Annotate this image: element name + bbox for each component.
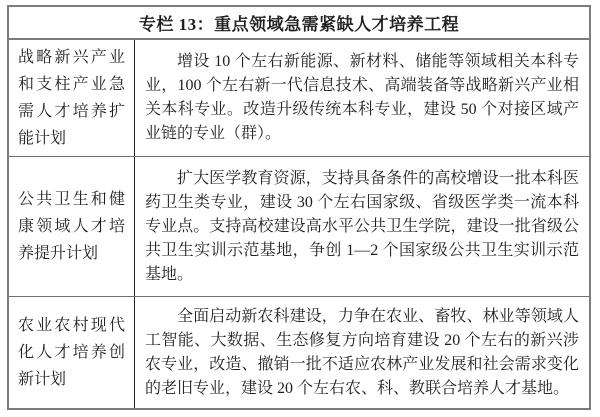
- plan-description-cell: 全面启动新农科建设，力争在农业、畜牧、林业等领域人工智能、大数据、生态修复方向培…: [135, 297, 589, 408]
- plan-description: 增设 10 个左右新能源、新材料、储能等领域相关本科专业，100 个左右新一代信…: [145, 50, 579, 146]
- plan-name: 农业农村现代化人才培养创新计划: [18, 312, 125, 393]
- plan-name-cell: 公共卫生和健康领域人才培养提升计划: [9, 157, 135, 296]
- plan-name: 战略新兴产业和支柱产业急需人才培养扩能计划: [18, 44, 125, 152]
- talent-training-table: 专栏 13：重点领域急需紧缺人才培养工程 战略新兴产业和支柱产业急需人才培养扩能…: [7, 5, 591, 410]
- table-row: 公共卫生和健康领域人才培养提升计划 扩大医学教育资源，支持具备条件的高校增设一批…: [9, 157, 589, 297]
- table-row: 战略新兴产业和支柱产业急需人才培养扩能计划 增设 10 个左右新能源、新材料、储…: [9, 40, 589, 157]
- table-row: 农业农村现代化人才培养创新计划 全面启动新农科建设，力争在农业、畜牧、林业等领域…: [9, 297, 589, 408]
- plan-name-cell: 战略新兴产业和支柱产业急需人才培养扩能计划: [9, 40, 135, 156]
- plan-description-cell: 增设 10 个左右新能源、新材料、储能等领域相关本科专业，100 个左右新一代信…: [135, 40, 589, 156]
- plan-name: 公共卫生和健康领域人才培养提升计划: [18, 186, 125, 267]
- plan-description-cell: 扩大医学教育资源，支持具备条件的高校增设一批本科医药卫生类专业，建设 30 个左…: [135, 157, 589, 296]
- plan-name-cell: 农业农村现代化人才培养创新计划: [9, 297, 135, 408]
- table-title: 专栏 13：重点领域急需紧缺人才培养工程: [9, 7, 589, 40]
- plan-description: 扩大医学教育资源，支持具备条件的高校增设一批本科医药卫生类专业，建设 30 个左…: [145, 167, 579, 287]
- plan-description: 全面启动新农科建设，力争在农业、畜牧、林业等领域人工智能、大数据、生态修复方向培…: [145, 305, 579, 401]
